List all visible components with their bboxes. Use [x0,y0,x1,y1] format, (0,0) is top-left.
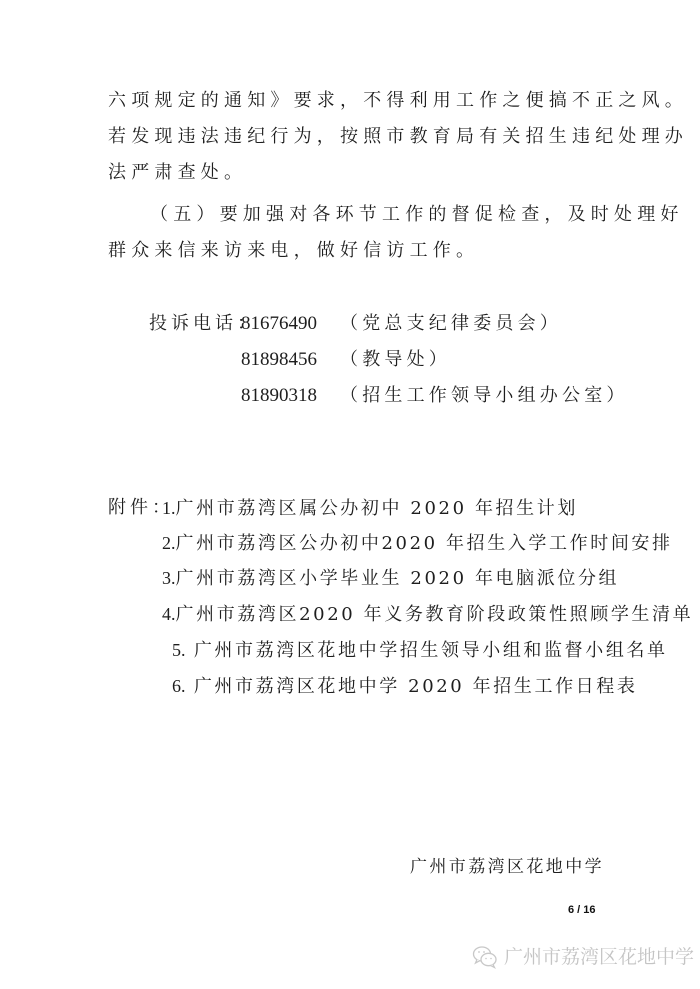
attachment-title: 广州市荔湾区属公办初中 2020 年招生计划 [176,498,578,519]
attachment-index: 6. [172,676,186,696]
attachment-index: 2. [162,533,176,553]
attachment-item: 5. 广州市荔湾区花地中学招生领导小组和监督小组名单 [172,638,668,663]
body-line-2: 若发现违法违纪行为，按照市教育局有关招生违纪处理办 [108,125,688,149]
body-line-1: 六项规定的通知》要求，不得利用工作之便搞不正之风。 [108,89,688,113]
attachment-title: 广州市荔湾区花地中学 2020 年招生工作日程表 [186,676,638,697]
signature-school-name: 广州市荔湾区花地中学 [410,856,604,878]
attachment-item: 1.广州市荔湾区属公办初中 2020 年招生计划 [162,496,578,521]
attachment-index: 4. [162,604,176,624]
page-number: 6 / 16 [568,903,596,917]
department-name: （教导处） [340,348,451,372]
wechat-icon [472,944,498,970]
attachment-title: 广州市荔湾区小学毕业生 2020 年电脑派位分组 [176,568,620,589]
attachment-title: 广州市荔湾区公办初中2020 年招生入学工作时间安排 [176,533,673,554]
wechat-watermark: 广州市荔湾区花地中学 [472,943,694,971]
document-page: 六项规定的通知》要求，不得利用工作之便搞不正之风。 若发现违法违纪行为，按照市教… [0,0,700,989]
department-name: （招生工作领导小组办公室） [340,384,629,408]
department-name: （党总支纪律委员会） [340,312,562,336]
attachment-item: 3.广州市荔湾区小学毕业生 2020 年电脑派位分组 [162,566,619,591]
phone-number: 81898456 [241,348,317,372]
body-line-4-section-five: （五）要加强对各环节工作的督促检查，及时处理好 [150,203,684,227]
phone-number: 81676490 [241,312,317,336]
attachment-index: 1. [162,498,176,518]
attachment-item: 2.广州市荔湾区公办初中2020 年招生入学工作时间安排 [162,531,673,556]
watermark-text: 广州市荔湾区花地中学 [504,944,694,970]
attachment-item: 4.广州市荔湾区2020 年义务教育阶段政策性照顾学生清单 [162,602,693,627]
attachment-index: 5. [172,640,186,660]
phone-number: 81890318 [241,384,317,408]
attachment-title: 广州市荔湾区2020 年义务教育阶段政策性照顾学生清单 [176,604,694,625]
attachment-item: 6. 广州市荔湾区花地中学 2020 年招生工作日程表 [172,674,637,699]
attachment-index: 3. [162,568,176,588]
attachment-title: 广州市荔湾区花地中学招生领导小组和监督小组名单 [186,640,668,661]
body-line-5: 群众来信来访来电，做好信访工作。 [108,239,479,263]
body-line-3: 法严肃查处。 [108,161,247,185]
